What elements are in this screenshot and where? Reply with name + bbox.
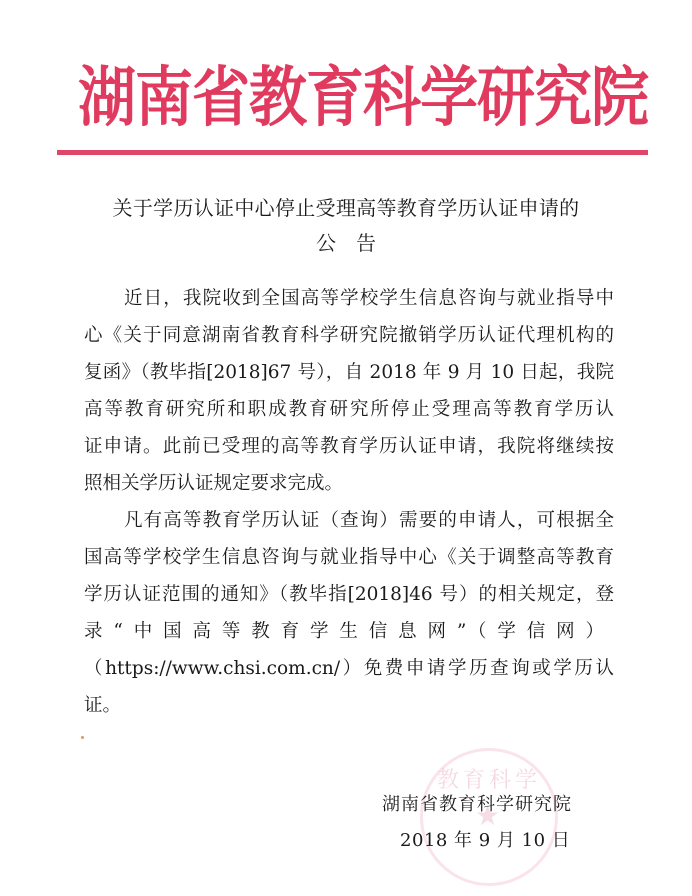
body-line: 凡有高等教育学历认证（查询）需要的申请人，可根据全 [84,502,614,539]
notice-title: 关于学历认证中心停止受理高等教育学历认证申请的 [0,195,692,221]
signature-organization: 湖南省教育科学研究院 [382,793,572,817]
body-line: 录“中国高等教育学生信息网”（学信网） [84,613,614,650]
body-line: 学历认证范围的通知》（教毕指[2018]46 号）的相关规定，登 [84,576,614,613]
body-line: 高等教育研究所和职成教育研究所停止受理高等教育学历认 [84,391,614,428]
seal-text: 教育科学 [423,763,555,794]
body-line: 证。 [84,687,614,724]
body-line: 国高等学校学生信息咨询与就业指导中心《关于调整高等教育 [84,539,614,576]
body-line: 复函》（教毕指[2018]67 号），自 2018 年 9 月 10 日起，我院 [84,354,614,391]
official-seal: 教育科学 ★ [420,748,558,886]
paragraph-1: 近日，我院收到全国高等学校学生信息咨询与就业指导中 心《关于同意湖南省教育科学研… [84,280,614,502]
red-header-rule [57,150,648,155]
body-line-url: （https://www.chsi.com.cn/）免费申请学历查询或学历认 [84,650,614,687]
body-line: 证申请。此前已受理的高等教育学历认证申请，我院将继续按 [84,428,614,465]
scan-speck [81,736,84,739]
notice-subtitle: 公告 [0,230,692,256]
body-line: 照相关学历认证规定要求完成。 [84,465,614,502]
masthead-org-name: 湖南省教育科学研究院 [78,53,612,140]
paragraph-2: 凡有高等教育学历认证（查询）需要的申请人，可根据全 国高等学校学生信息咨询与就业… [84,502,614,724]
body-line: 近日，我院收到全国高等学校学生信息咨询与就业指导中 [84,280,614,317]
signature-date: 2018 年 9 月 10 日 [400,829,570,853]
body-line: 心《关于同意湖南省教育科学研究院撤销学历认证代理机构的 [84,317,614,354]
